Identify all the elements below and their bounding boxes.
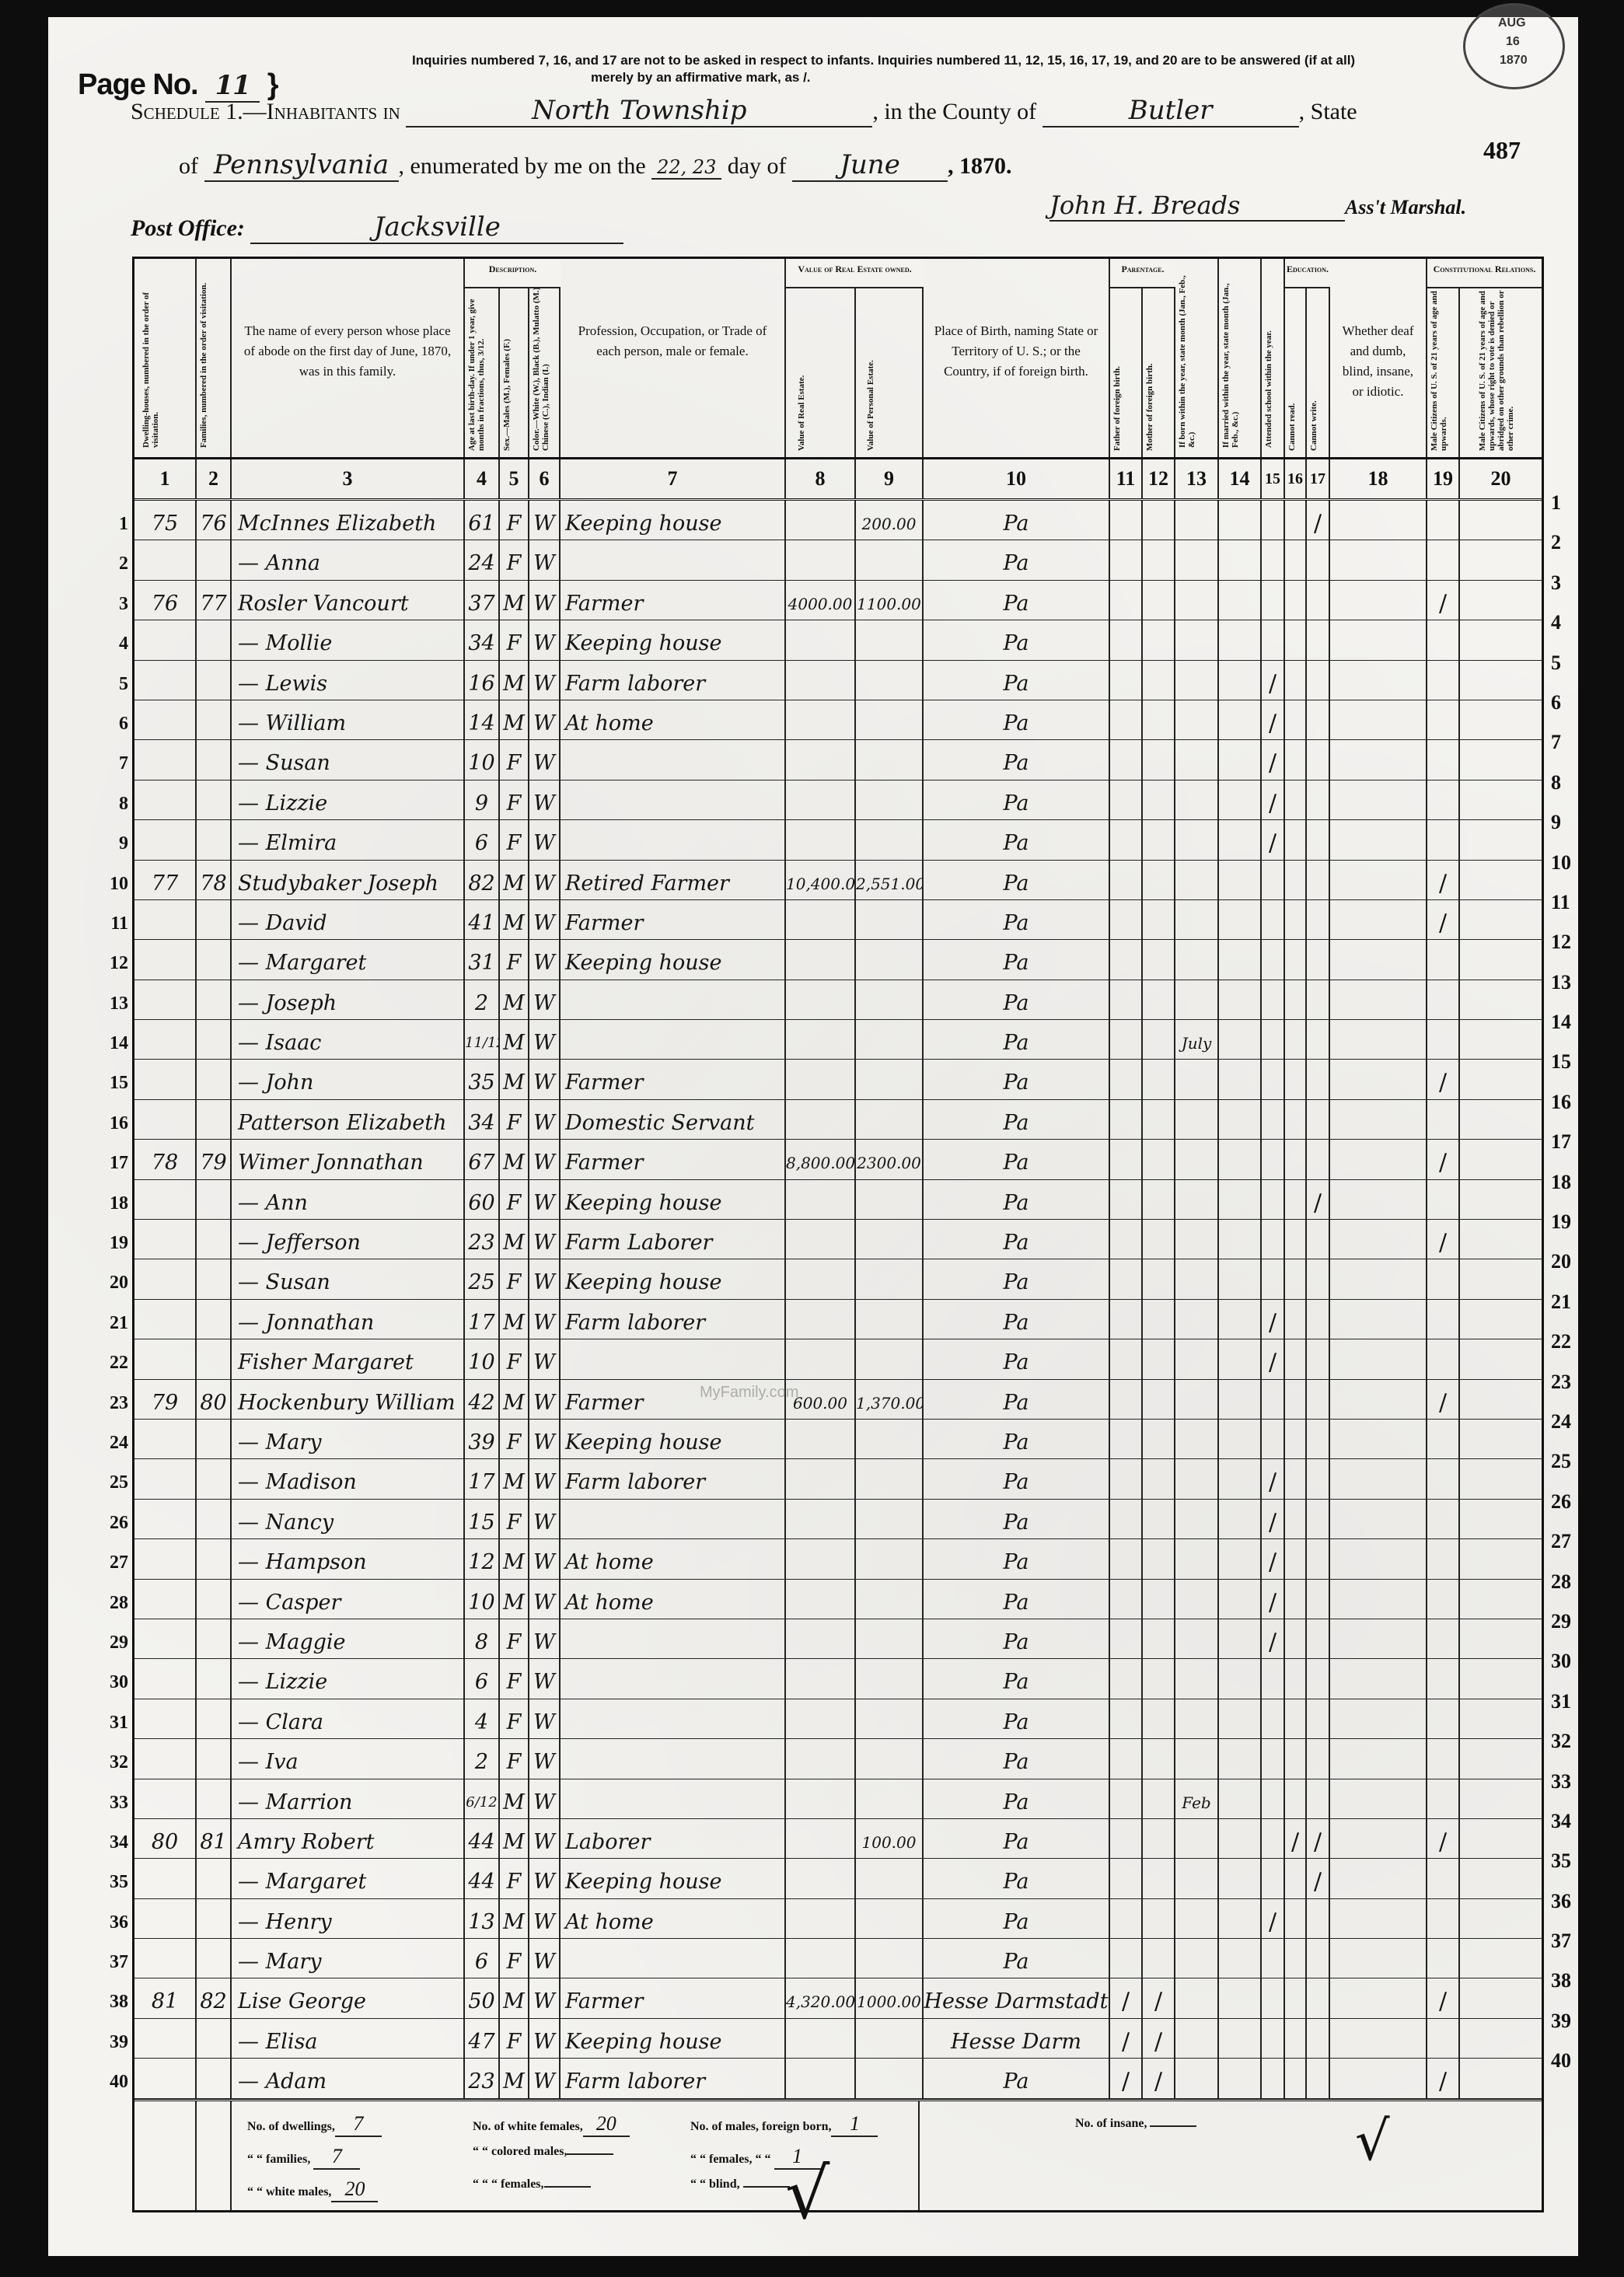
cell-c11 — [1110, 540, 1143, 579]
schedule-label: Schedule 1.—Inhabitants in — [131, 99, 400, 124]
cell-c13 — [1175, 1899, 1219, 1938]
cell-c13 — [1175, 581, 1219, 620]
cell-c14 — [1219, 1420, 1262, 1458]
cell-c16 — [1285, 700, 1307, 739]
cell-c16 — [1285, 1420, 1307, 1458]
cell-c18 — [1330, 1140, 1427, 1179]
cell-personal-estate — [856, 2019, 924, 2058]
foreign-females-label: “ “ females, “ “ — [690, 2153, 771, 2166]
cell-age: 41 — [465, 900, 500, 939]
line-number-right: 13 — [1551, 971, 1590, 994]
cell-family — [197, 1500, 232, 1538]
column-header-17: Cannot write. — [1307, 259, 1330, 457]
day-of-label: day of — [728, 153, 787, 179]
cell-c20 — [1460, 900, 1542, 939]
cell-dwelling — [134, 740, 197, 779]
cell-age: 14 — [465, 700, 500, 739]
colored-males-value — [567, 2153, 613, 2155]
cell-c19 — [1427, 740, 1460, 779]
line-number-right: 17 — [1551, 1130, 1590, 1154]
cell-name: — Iva — [232, 1739, 465, 1778]
cell-c19 — [1427, 940, 1460, 979]
cell-age: 10 — [465, 1580, 500, 1619]
cell-c17 — [1307, 900, 1330, 939]
cell-c17 — [1307, 540, 1330, 579]
cell-c14 — [1219, 1100, 1262, 1139]
cell-real-estate: 4,320.00 — [786, 1978, 856, 2017]
cell-real-estate — [786, 1699, 856, 1738]
cell-age: 24 — [465, 540, 500, 579]
cell-real-estate — [786, 940, 856, 979]
cell-c14 — [1219, 1300, 1262, 1339]
census-row: 44— Mollie34FWKeeping housePa — [134, 620, 1542, 660]
state-field: Pennsylvania — [204, 149, 399, 182]
cell-sex: F — [500, 1420, 529, 1458]
cell-family — [197, 2059, 232, 2097]
cell-birthplace: Pa — [924, 1779, 1110, 1818]
column-header-label: Whether deaf and dumb, blind, insane, or… — [1330, 321, 1426, 402]
cell-c11 — [1110, 1459, 1143, 1498]
families-label: “ “ families, — [247, 2153, 310, 2166]
cell-color: W — [529, 820, 561, 859]
census-row: 2929— Maggie8FWPa/ — [134, 1619, 1542, 1659]
cell-c17 — [1307, 1939, 1330, 1978]
cell-age: 67 — [465, 1140, 500, 1179]
cell-c18 — [1330, 980, 1427, 1019]
cell-name: Lise George — [232, 1978, 465, 2017]
cell-name: — Elisa — [232, 2019, 465, 2058]
column-number: 12 — [1143, 459, 1175, 498]
cell-c14 — [1219, 1659, 1262, 1698]
cell-c15 — [1262, 980, 1285, 1019]
census-row: 117576McInnes Elizabeth61FWKeeping house… — [134, 501, 1542, 540]
cell-age: 47 — [465, 2019, 500, 2058]
cell-real-estate — [786, 1659, 856, 1698]
cell-c12: / — [1143, 2019, 1175, 2058]
cell-color: W — [529, 740, 561, 779]
cell-c15 — [1262, 620, 1285, 659]
cell-sex: F — [500, 501, 529, 540]
column-header-2: Families, numbered in the order of visit… — [197, 259, 232, 457]
cell-c16 — [1285, 540, 1307, 579]
cell-c12 — [1143, 1939, 1175, 1978]
cell-color: W — [529, 501, 561, 540]
cell-c11 — [1110, 1779, 1143, 1818]
cell-real-estate — [786, 1580, 856, 1619]
cell-c18 — [1330, 940, 1427, 979]
cell-sex: F — [500, 1339, 529, 1378]
cell-c19 — [1427, 2019, 1460, 2058]
cell-occupation: Domestic Servant — [561, 1100, 786, 1139]
cell-sex: M — [500, 1899, 529, 1938]
census-row: 55— Lewis16MWFarm laborerPa/ — [134, 661, 1542, 700]
cell-dwelling — [134, 1180, 197, 1219]
cell-c19 — [1427, 1420, 1460, 1458]
white-females-count: No. of white females,20 — [473, 2112, 630, 2137]
cell-occupation: Farm Laborer — [561, 1220, 786, 1259]
cell-dwelling — [134, 2059, 197, 2097]
cell-c20 — [1460, 661, 1542, 700]
cell-birthplace: Pa — [924, 861, 1110, 899]
cell-age: 34 — [465, 1100, 500, 1139]
cell-color: W — [529, 1619, 561, 1658]
cell-c13 — [1175, 1220, 1219, 1259]
cell-personal-estate — [856, 1739, 924, 1778]
cell-dwelling: 78 — [134, 1140, 197, 1179]
cell-family: 80 — [197, 1380, 232, 1419]
cell-c17 — [1307, 820, 1330, 859]
cell-c11: / — [1110, 2019, 1143, 2058]
cell-birthplace: Pa — [924, 1339, 1110, 1378]
cell-age: 15 — [465, 1500, 500, 1538]
cell-sex: M — [500, 1020, 529, 1059]
cell-personal-estate — [856, 1339, 924, 1378]
foreign-males-label: No. of males, foreign born, — [690, 2120, 831, 2133]
cell-c17 — [1307, 661, 1330, 700]
stamp-year: 1870 — [1500, 54, 1528, 68]
cell-c16 — [1285, 1339, 1307, 1378]
cell-occupation — [561, 1659, 786, 1698]
cell-c12 — [1143, 501, 1175, 540]
column-header-3: The name of every person whose place of … — [232, 259, 465, 457]
census-row: 66— William14MWAt homePa/ — [134, 700, 1542, 740]
cell-c15: / — [1262, 820, 1285, 859]
cell-birthplace: Pa — [924, 1739, 1110, 1778]
cell-dwelling — [134, 1659, 197, 1698]
cell-name: Studybaker Joseph — [232, 861, 465, 899]
cell-name: — Marrion — [232, 1779, 465, 1818]
cell-color: W — [529, 661, 561, 700]
census-row: 3131— Clara4FWPa — [134, 1699, 1542, 1739]
cell-c14 — [1219, 1220, 1262, 1259]
cell-c14 — [1219, 1339, 1262, 1378]
colored-males-count: “ “ colored males, — [473, 2145, 613, 2159]
cell-c16 — [1285, 1100, 1307, 1139]
marshal-label: Ass't Marshal. — [1345, 196, 1466, 218]
cell-dwelling — [134, 940, 197, 979]
cell-personal-estate — [856, 620, 924, 659]
cell-family — [197, 1420, 232, 1458]
column-header-5: Sex.—Males (M.), Females (F.) — [500, 259, 529, 457]
stamp-day: 16 — [1506, 35, 1520, 49]
dwellings-value: 7 — [335, 2112, 382, 2137]
cell-age: 44 — [465, 1859, 500, 1898]
cell-personal-estate: 2,551.00 — [856, 861, 924, 899]
cell-c12 — [1143, 1339, 1175, 1378]
census-row: 2525— Madison17MWFarm laborerPa/ — [134, 1459, 1542, 1499]
cell-name: — Nancy — [232, 1500, 465, 1538]
cell-family — [197, 1539, 232, 1578]
cell-c18 — [1330, 900, 1427, 939]
cell-dwelling — [134, 1259, 197, 1298]
cell-personal-estate — [856, 1899, 924, 1938]
column-number: 19 — [1427, 459, 1460, 498]
cell-c18 — [1330, 2059, 1427, 2097]
cell-dwelling: 81 — [134, 1978, 197, 2017]
cell-c18 — [1330, 1739, 1427, 1778]
cell-color: W — [529, 1339, 561, 1378]
cell-c16 — [1285, 1300, 1307, 1339]
cell-occupation: Laborer — [561, 1819, 786, 1858]
column-number: 8 — [786, 459, 856, 498]
cell-age: 2 — [465, 980, 500, 1019]
cell-c18 — [1330, 1380, 1427, 1419]
cell-c18 — [1330, 1539, 1427, 1578]
cell-c11 — [1110, 1020, 1143, 1059]
cell-c18 — [1330, 1619, 1427, 1658]
cell-age: 13 — [465, 1899, 500, 1938]
cell-c20 — [1460, 1859, 1542, 1898]
cell-c13 — [1175, 501, 1219, 540]
cell-family — [197, 1259, 232, 1298]
cell-c20 — [1460, 1539, 1542, 1578]
cell-age: 10 — [465, 740, 500, 779]
cell-personal-estate — [856, 1259, 924, 1298]
cell-c19 — [1427, 620, 1460, 659]
cell-real-estate — [786, 540, 856, 579]
line-number-right: 37 — [1551, 1930, 1590, 1953]
cell-occupation: Keeping house — [561, 940, 786, 979]
group-education: Education. — [1285, 259, 1330, 288]
cell-birthplace: Pa — [924, 620, 1110, 659]
cell-occupation: Farm laborer — [561, 661, 786, 700]
cell-c18 — [1330, 1180, 1427, 1219]
cell-c19 — [1427, 1180, 1460, 1219]
cell-c14 — [1219, 1539, 1262, 1578]
cell-occupation — [561, 1939, 786, 1978]
cell-family — [197, 540, 232, 579]
cell-birthplace: Pa — [924, 940, 1110, 979]
cell-c19: / — [1427, 1978, 1460, 2017]
cell-c12 — [1143, 1259, 1175, 1298]
census-row: 23237980Hockenbury William42MWFarmer600.… — [134, 1380, 1542, 1420]
cell-occupation: Farmer — [561, 900, 786, 939]
cell-c19 — [1427, 1100, 1460, 1139]
cell-c15: / — [1262, 1459, 1285, 1498]
instructions: Inquiries numbered 7, 16, and 17 are not… — [412, 53, 1547, 68]
cell-color: W — [529, 540, 561, 579]
cell-c16 — [1285, 1220, 1307, 1259]
line-number-right: 23 — [1551, 1371, 1590, 1394]
cell-c13 — [1175, 940, 1219, 979]
cell-c17 — [1307, 1619, 1330, 1658]
cell-name: — Casper — [232, 1580, 465, 1619]
white-females-value: 20 — [583, 2112, 630, 2137]
cell-c11 — [1110, 940, 1143, 979]
cell-c19 — [1427, 1259, 1460, 1298]
cell-c13 — [1175, 700, 1219, 739]
cell-occupation: Farmer — [561, 1140, 786, 1179]
cell-c11 — [1110, 1259, 1143, 1298]
cell-dwelling: 75 — [134, 501, 197, 540]
cell-c13 — [1175, 1140, 1219, 1179]
cell-color: W — [529, 1140, 561, 1179]
cell-color: W — [529, 2059, 561, 2097]
cell-personal-estate: 2300.00 — [856, 1140, 924, 1179]
cell-c20 — [1460, 1978, 1542, 2017]
cell-c17 — [1307, 620, 1330, 659]
cell-personal-estate: 100.00 — [856, 1819, 924, 1858]
post-office-label: Post Office: — [131, 215, 245, 241]
cell-c11 — [1110, 700, 1143, 739]
cell-color: W — [529, 861, 561, 899]
cell-c16 — [1285, 1699, 1307, 1738]
cell-c13 — [1175, 820, 1219, 859]
cell-c13 — [1175, 2019, 1219, 2058]
cell-c11 — [1110, 1539, 1143, 1578]
cell-family — [197, 1659, 232, 1698]
cell-birthplace: Pa — [924, 1580, 1110, 1619]
cell-birthplace: Pa — [924, 1459, 1110, 1498]
cell-family: 82 — [197, 1978, 232, 2017]
cell-c16 — [1285, 1259, 1307, 1298]
cell-real-estate — [786, 1500, 856, 1538]
cell-birthplace: Pa — [924, 540, 1110, 579]
cell-age: 31 — [465, 940, 500, 979]
cell-c17 — [1307, 861, 1330, 899]
cell-age: 6 — [465, 1939, 500, 1978]
foreign-males-count: No. of males, foreign born,1 — [690, 2112, 878, 2137]
cell-c14 — [1219, 2019, 1262, 2058]
cell-age: 6 — [465, 1659, 500, 1698]
line-number-right: 16 — [1551, 1091, 1590, 1114]
column-header-label: If born within the year, state month (Ja… — [1178, 273, 1196, 448]
cell-c11 — [1110, 900, 1143, 939]
column-header-label: Cannot write. — [1309, 276, 1318, 451]
cell-c14 — [1219, 1140, 1262, 1179]
cell-occupation — [561, 980, 786, 1019]
column-header-6: Color.—White (W.), Black (B.), Mulatto (… — [529, 259, 561, 457]
census-row: 3737— Mary6FWPa — [134, 1939, 1542, 1978]
cell-c14 — [1219, 1859, 1262, 1898]
cell-c20 — [1460, 1699, 1542, 1738]
cell-c20 — [1460, 1939, 1542, 1978]
blind-count: “ “ blind, — [690, 2177, 790, 2191]
cell-color: W — [529, 1739, 561, 1778]
cell-color: W — [529, 1500, 561, 1538]
cell-color: W — [529, 1939, 561, 1978]
column-number: 13 — [1175, 459, 1219, 498]
cell-c12 — [1143, 940, 1175, 979]
cell-real-estate — [786, 1539, 856, 1578]
line-number-right: 25 — [1551, 1450, 1590, 1473]
line-number-right: 24 — [1551, 1410, 1590, 1434]
cell-family — [197, 781, 232, 819]
cell-c12 — [1143, 1659, 1175, 1698]
cell-c13: July — [1175, 1020, 1219, 1059]
cell-c12 — [1143, 740, 1175, 779]
cell-c20 — [1460, 820, 1542, 859]
cell-sex: F — [500, 1619, 529, 1658]
cell-c13 — [1175, 1339, 1219, 1378]
cell-name: Amry Robert — [232, 1819, 465, 1858]
cell-c17: / — [1307, 1180, 1330, 1219]
line-number-right: 35 — [1551, 1849, 1590, 1873]
cell-c15 — [1262, 1819, 1285, 1858]
cell-c14 — [1219, 1899, 1262, 1938]
column-number: 20 — [1460, 459, 1542, 498]
cell-name: Rosler Vancourt — [232, 581, 465, 620]
cell-c15 — [1262, 1380, 1285, 1419]
cell-occupation: Farm laborer — [561, 1459, 786, 1498]
cell-c15 — [1262, 1100, 1285, 1139]
cell-c13 — [1175, 1539, 1219, 1578]
cell-sex: F — [500, 1739, 529, 1778]
cell-c14 — [1219, 2059, 1262, 2097]
cell-birthplace: Pa — [924, 1819, 1110, 1858]
sheet-number: 487 — [1483, 136, 1521, 165]
cell-c13: Feb — [1175, 1779, 1219, 1818]
cell-c16 — [1285, 1020, 1307, 1059]
cell-c20 — [1460, 620, 1542, 659]
marshal-signature: John H. Breads — [1049, 190, 1345, 222]
cell-real-estate — [786, 1459, 856, 1498]
cell-birthplace: Pa — [924, 1539, 1110, 1578]
cell-name: — Joseph — [232, 980, 465, 1019]
cell-occupation: Farmer — [561, 1978, 786, 2017]
cell-c13 — [1175, 1180, 1219, 1219]
cell-color: W — [529, 1180, 561, 1219]
cell-c20 — [1460, 740, 1542, 779]
column-header-10: Place of Birth, naming State or Territor… — [924, 259, 1110, 457]
line-number-right: 10 — [1551, 851, 1590, 875]
cell-c12 — [1143, 900, 1175, 939]
received-stamp: AUG 16 1870 — [1463, 3, 1565, 89]
cell-c13 — [1175, 861, 1219, 899]
cell-c16 — [1285, 940, 1307, 979]
cell-real-estate: 10,400.00 — [786, 861, 856, 899]
cell-c15 — [1262, 1859, 1285, 1898]
cell-c19 — [1427, 980, 1460, 1019]
cell-birthplace: Pa — [924, 1619, 1110, 1658]
cell-real-estate — [786, 980, 856, 1019]
cell-real-estate: 8,800.00 — [786, 1140, 856, 1179]
line-number-left: 40 — [97, 2059, 128, 2105]
cell-family: 76 — [197, 501, 232, 540]
cell-age: 23 — [465, 1220, 500, 1259]
cell-family — [197, 980, 232, 1019]
cell-c19 — [1427, 1859, 1460, 1898]
cell-c20 — [1460, 1339, 1542, 1378]
census-row: 77— Susan10FWPa/ — [134, 740, 1542, 780]
cell-real-estate — [786, 1619, 856, 1658]
blind-value — [743, 2186, 790, 2188]
cell-c11 — [1110, 581, 1143, 620]
cell-occupation — [561, 740, 786, 779]
cell-sex: M — [500, 980, 529, 1019]
group-parentage: Parentage. — [1110, 259, 1175, 288]
cell-c15: / — [1262, 1339, 1285, 1378]
cell-c12 — [1143, 980, 1175, 1019]
cell-c13 — [1175, 1580, 1219, 1619]
cell-c11 — [1110, 1500, 1143, 1538]
census-row: 3232— Iva2FWPa — [134, 1739, 1542, 1779]
cell-sex: F — [500, 940, 529, 979]
white-males-count: “ “ white males,20 — [247, 2177, 378, 2202]
line-number-right: 32 — [1551, 1730, 1590, 1753]
cell-c14 — [1219, 861, 1262, 899]
census-row: 2121— Jonnathan17MWFarm laborerPa/ — [134, 1300, 1542, 1339]
cell-birthplace: Pa — [924, 781, 1110, 819]
watermark: MyFamily.com — [700, 1384, 798, 1402]
cell-family — [197, 661, 232, 700]
cell-c14 — [1219, 1619, 1262, 1658]
cell-c16 — [1285, 1978, 1307, 2017]
cell-dwelling — [134, 1220, 197, 1259]
cell-birthplace: Pa — [924, 1100, 1110, 1139]
totals-footer: No. of dwellings,7 “ “ families, 7 “ “ w… — [134, 2099, 1542, 2212]
cell-color: W — [529, 1539, 561, 1578]
